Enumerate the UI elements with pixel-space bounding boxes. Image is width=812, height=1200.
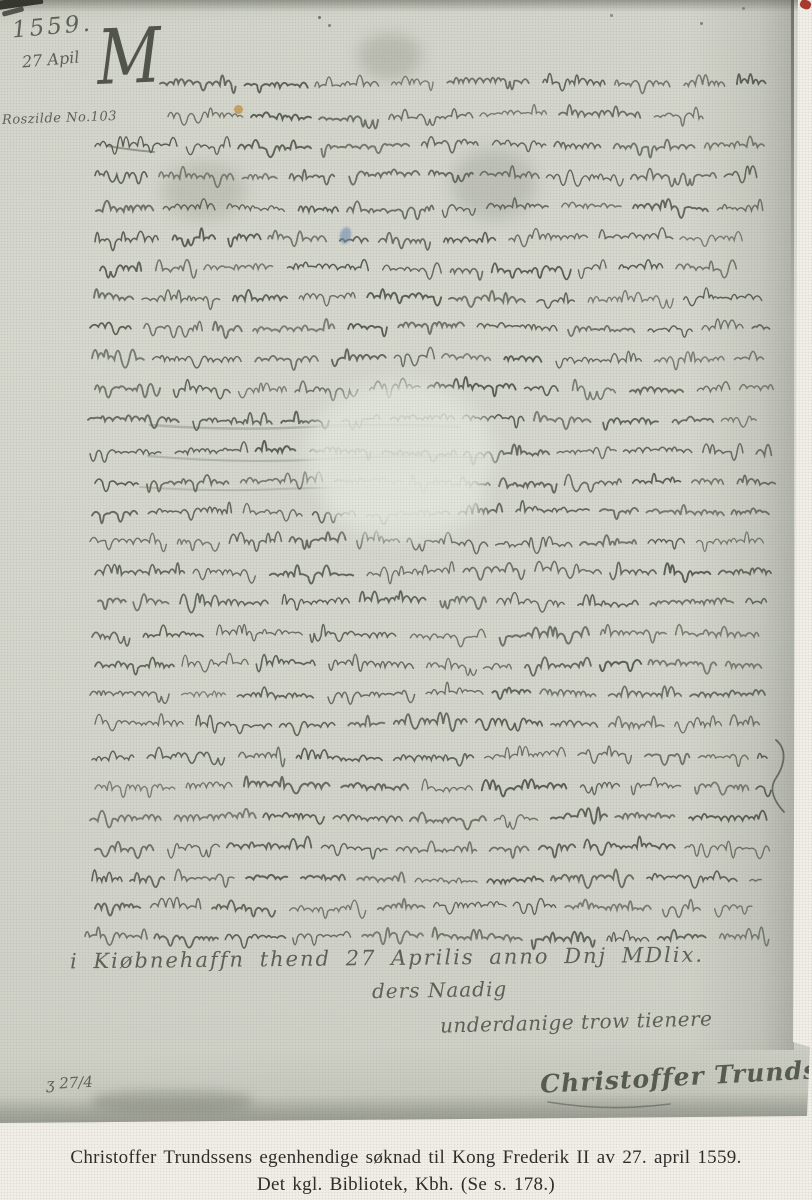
underline-smear xyxy=(140,487,420,490)
caption-line-1: Christoffer Trundssens egenhendige søkna… xyxy=(0,1144,812,1171)
caption-line-2: Det kgl. Bibliotek, Kbh. (Se s. 178.) xyxy=(0,1171,812,1198)
archive-note-dash xyxy=(108,146,154,152)
signature-flourish xyxy=(548,1102,670,1108)
valediction-line-2: underdanige trow tienere xyxy=(440,1008,713,1035)
margin-archive-note: Roszilde No.103 xyxy=(2,110,117,127)
caption: Christoffer Trundssens egenhendige søkna… xyxy=(0,1144,812,1198)
margin-bottom-mark: ʒ 27/4 xyxy=(46,1075,94,1092)
manuscript-photo: M 1559. 27 Apil Roszilde No.103 ʒ 27/4 i… xyxy=(0,0,812,1124)
margin-brace xyxy=(773,740,784,812)
book-page: M 1559. 27 Apil Roszilde No.103 ʒ 27/4 i… xyxy=(0,0,812,1200)
underline-smear xyxy=(150,425,460,429)
red-ink-mark xyxy=(799,0,812,11)
initial-letter: M xyxy=(96,17,162,96)
valediction-line-1: ders Naadig xyxy=(372,979,508,1001)
underline-smear xyxy=(148,456,483,461)
dust-specks xyxy=(318,16,321,19)
